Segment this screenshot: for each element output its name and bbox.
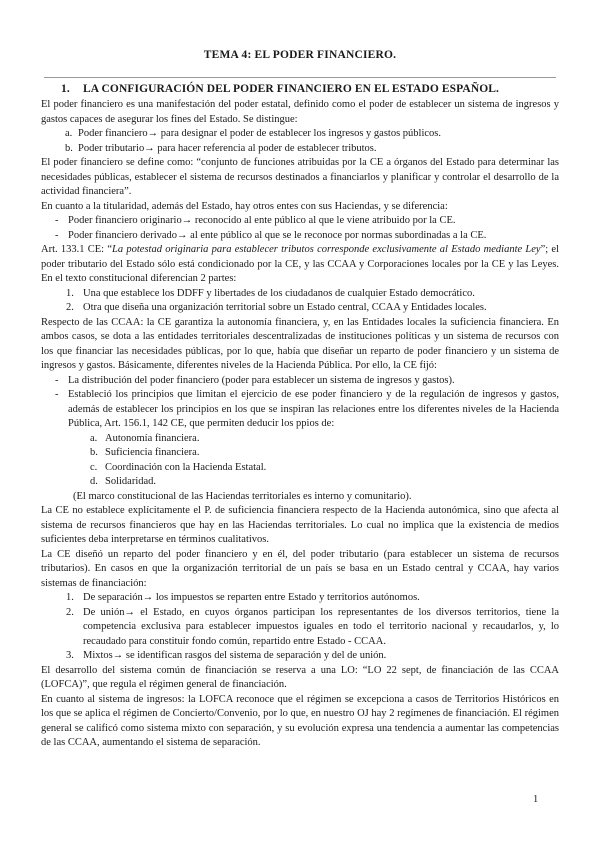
document-body: El poder financiero es una manifestación… — [41, 98, 559, 751]
paragraph: En cuanto al sistema de ingresos: la LOF… — [41, 693, 559, 751]
text-segment: Estableció los principios que limitan el… — [68, 389, 559, 429]
text-segment: De separación→ los impuestos se reparten… — [83, 592, 420, 603]
paragraph: Art. 133.1 CE: “La potestad originaria p… — [41, 243, 559, 287]
paragraph: El poder financiero se define como: “con… — [41, 156, 559, 200]
paragraph: La CE no establece explícitamente el P. … — [41, 504, 559, 548]
text-segment: La CE no establece explícitamente el P. … — [41, 505, 559, 545]
list-marker: a. — [65, 127, 78, 142]
heading-text: LA CONFIGURACIÓN DEL PODER FINANCIERO EN… — [83, 83, 499, 95]
list-item: b.Suficiencia financiera. — [41, 446, 559, 461]
text-segment: Respecto de las CCAA: la CE garantiza la… — [41, 317, 559, 372]
title-divider — [44, 77, 556, 78]
list-marker: b. — [90, 446, 105, 461]
list-item-text: La distribución del poder financiero (po… — [68, 374, 559, 389]
text-segment: Mixtos→ se identifican rasgos del sistem… — [83, 650, 386, 661]
text-segment: En cuanto al sistema de ingresos: la LOF… — [41, 694, 559, 749]
list-marker: 1. — [66, 591, 83, 606]
list-item: 2.Otra que diseña una organización terri… — [41, 301, 559, 316]
text-segment: (El marco constitucional de las Hacienda… — [73, 491, 412, 502]
list-item: b.Poder tributario→ para hacer referenci… — [41, 142, 559, 157]
list-marker: - — [55, 388, 68, 432]
list-marker: 3. — [66, 649, 83, 664]
paragraph: El desarrollo del sistema común de finan… — [41, 664, 559, 693]
text-segment: La CE diseñó un reparto del poder financ… — [41, 549, 559, 589]
text-segment: Art. 133.1 CE: “ — [41, 244, 112, 255]
list-marker: c. — [90, 461, 105, 476]
section-heading: 1.LA CONFIGURACIÓN DEL PODER FINANCIERO … — [41, 82, 559, 97]
list-item-text: Estableció los principios que limitan el… — [68, 388, 559, 432]
list-item-text: Mixtos→ se identifican rasgos del sistem… — [83, 649, 559, 664]
list-item: d.Solidaridad. — [41, 475, 559, 490]
list-item: -Poder financiero originario→ reconocido… — [41, 214, 559, 229]
paragraph: La CE diseñó un reparto del poder financ… — [41, 548, 559, 592]
text-segment: Poder tributario→ para hacer referencia … — [78, 143, 377, 154]
list-item: 2.De unión→ el Estado, en cuyos órganos … — [41, 606, 559, 650]
list-item-text: Autonomía financiera. — [105, 432, 559, 447]
list-item: c.Coordinación con la Hacienda Estatal. — [41, 461, 559, 476]
document-title: TEMA 4: EL PODER FINANCIERO. — [41, 48, 559, 63]
list-marker: 2. — [66, 606, 83, 650]
list-item-text: Suficiencia financiera. — [105, 446, 559, 461]
list-marker: - — [55, 214, 68, 229]
note-line: (El marco constitucional de las Hacienda… — [41, 490, 559, 505]
list-item-text: De unión→ el Estado, en cuyos órganos pa… — [83, 606, 559, 650]
list-item-text: Poder financiero derivado→ al ente públi… — [68, 229, 559, 244]
list-item: a.Autonomía financiera. — [41, 432, 559, 447]
text-segment: Suficiencia financiera. — [105, 447, 199, 458]
list-item-text: Poder tributario→ para hacer referencia … — [78, 142, 559, 157]
list-item-text: Poder financiero originario→ reconocido … — [68, 214, 559, 229]
list-marker: d. — [90, 475, 105, 490]
text-segment: El poder financiero se define como: “con… — [41, 157, 559, 197]
list-marker: - — [55, 229, 68, 244]
paragraph: El poder financiero es una manifestación… — [41, 98, 559, 127]
document-content: TEMA 4: EL PODER FINANCIERO. 1.LA CONFIG… — [41, 48, 559, 751]
list-marker: b. — [65, 142, 78, 157]
paragraph: Respecto de las CCAA: la CE garantiza la… — [41, 316, 559, 374]
list-item-text: Otra que diseña una organización territo… — [83, 301, 559, 316]
text-segment: De unión→ el Estado, en cuyos órganos pa… — [83, 607, 559, 647]
text-segment: El desarrollo del sistema común de finan… — [41, 665, 559, 691]
text-segment: La distribución del poder financiero (po… — [68, 375, 455, 386]
list-item-text: Poder financiero→ para designar el poder… — [78, 127, 559, 142]
text-segment: Poder financiero originario→ reconocido … — [68, 215, 456, 226]
list-item: 1.Una que establece los DDFF y libertade… — [41, 287, 559, 302]
italic-text-segment: La potestad originaria para establecer t… — [112, 244, 541, 255]
list-item: -La distribución del poder financiero (p… — [41, 374, 559, 389]
text-segment: Una que establece los DDFF y libertades … — [83, 288, 475, 299]
list-item: a.Poder financiero→ para designar el pod… — [41, 127, 559, 142]
text-segment: Autonomía financiera. — [105, 433, 199, 444]
list-item: 3.Mixtos→ se identifican rasgos del sist… — [41, 649, 559, 664]
list-item-text: De separación→ los impuestos se reparten… — [83, 591, 559, 606]
list-item: -Poder financiero derivado→ al ente públ… — [41, 229, 559, 244]
list-item: 1.De separación→ los impuestos se repart… — [41, 591, 559, 606]
document-page: TEMA 4: EL PODER FINANCIERO. 1.LA CONFIG… — [0, 0, 600, 848]
paragraph: En cuanto a la titularidad, además del E… — [41, 200, 559, 215]
text-segment: Coordinación con la Hacienda Estatal. — [105, 462, 266, 473]
list-item: -Estableció los principios que limitan e… — [41, 388, 559, 432]
text-segment: Poder financiero derivado→ al ente públi… — [68, 230, 486, 241]
list-item-text: Una que establece los DDFF y libertades … — [83, 287, 559, 302]
list-marker: a. — [90, 432, 105, 447]
text-segment: Poder financiero→ para designar el poder… — [78, 128, 441, 139]
text-segment: Otra que diseña una organización territo… — [83, 302, 487, 313]
text-segment: El poder financiero es una manifestación… — [41, 99, 559, 125]
page-number: 1 — [533, 793, 538, 808]
list-marker: 2. — [66, 301, 83, 316]
list-item-text: Solidaridad. — [105, 475, 559, 490]
text-segment: En cuanto a la titularidad, además del E… — [41, 201, 448, 212]
list-item-text: Coordinación con la Hacienda Estatal. — [105, 461, 559, 476]
list-marker: - — [55, 374, 68, 389]
heading-number: 1. — [61, 82, 83, 97]
list-marker: 1. — [66, 287, 83, 302]
text-segment: Solidaridad. — [105, 476, 156, 487]
